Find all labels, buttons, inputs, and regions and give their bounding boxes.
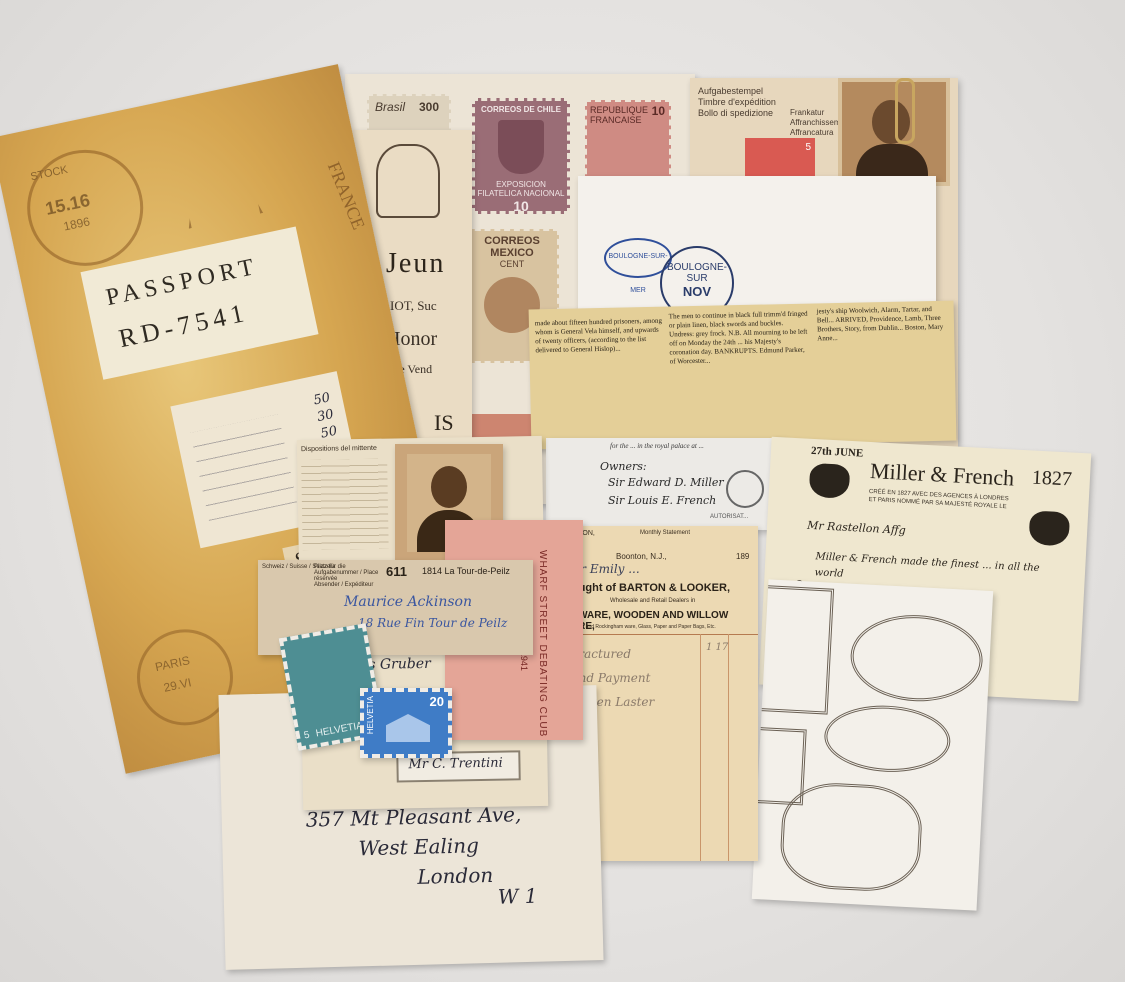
stamp-country: CORREOS DE CHILE [475,105,567,114]
form-header-left: Aufgabestempel Timbre d'expédition Bollo… [698,86,776,119]
handwriting-lines [190,414,297,521]
portrait-head [431,466,467,508]
building-icon [386,714,430,742]
stamp-value: 5 [805,142,811,153]
invoice-amount: 1 17 [706,642,728,653]
date-day: 27th [811,445,832,458]
stamp-subtitle: EXPOSICION FILATELICA NACIONAL [475,180,567,198]
label-sender: Absender / Expéditeur [314,582,373,588]
stamp-country: CORREOS MEXICO [467,235,557,259]
column-rule [728,634,729,861]
sender-name: Maurice Ackinson [344,594,472,610]
stamp-francaise: REPUBLIQUE FRANCAISE 10 [585,100,671,184]
stamp-value: 10 [652,104,665,118]
owner-name: Sir Edward D. Miller [608,476,724,489]
invoice-sub: Wholesale and Retail Dealers in [610,598,695,604]
owners-footer: AUTORISAT... [710,514,748,520]
newsprint-strip: made about fifteen hundred prisoners, am… [529,301,957,450]
postmark-date: 29.VI [162,675,192,695]
stamp-country: HELVETIA [315,720,364,739]
receipt-title: Dispositions del mittente [301,445,377,453]
stamp-chile: CORREOS DE CHILE EXPOSICION FILATELICA N… [472,98,570,214]
coat-of-arms-icon [498,120,544,174]
eiffel-tower-icon [164,96,263,229]
stamp-value: 10 [475,198,567,214]
owners-header: for the ... in the royal palace at ... [610,442,704,450]
portrait-photo-man [838,78,950,186]
stamp-helvetia-red: 5 [745,138,815,178]
newsprint-column: The men to continue in black full trimm'… [669,310,810,367]
stamp-helvetia-blue: HELVETIA 20 [360,688,452,758]
stamp-value: 5 [303,730,310,742]
stamp-country: HELVETIA [366,696,375,734]
card-title: Miller & French [869,458,1014,492]
receipt-fine-print [301,459,389,550]
stamp-subtitle: CENT [467,259,557,269]
postmark-date: NOV [662,284,732,299]
postmark-text: STOCK [29,164,68,184]
stamp-country: Brasil [375,100,405,114]
ornament-oval-icon [823,703,952,776]
jeune-line: IOT, Suc [390,298,437,314]
label-placement: Platz für die Aufgabenummer / Place rése… [314,564,384,582]
invoice-goods-sub: Yellow and Rockingham ware, Glass, Paper… [570,624,716,630]
sender-address: 18 Rue Fin Tour de Peilz [358,616,507,630]
monogram-icon [376,144,440,218]
label-locality: 1814 La Tour-de-Peilz [422,566,510,576]
seal-icon [726,470,764,508]
wharf-club-name: WHARF STREET DEBATING CLUB [537,550,548,737]
label-number: 611 [386,564,407,579]
invoice-year: 189 [736,552,749,561]
date-month: JUNE [834,446,863,459]
jeune-heading: Jeun [386,248,445,280]
card-subtitle: CRÉÉ EN 1827 AVEC DES AGENCES À LONDRES … [868,488,1029,512]
postmark-text: BOULOGNE-SUR-MER [608,253,667,294]
crest-icon [1028,510,1070,546]
ornament-oval-icon [848,612,984,705]
postmark-year: 1896 [62,214,91,233]
owners-label: Owners: [600,460,647,473]
ornamental-frames-sheet [752,579,993,910]
stamp-value: 300 [419,100,439,114]
invoice-bought-of: Bought of BARTON & LOOKER, [564,582,730,594]
column-rule [700,634,701,861]
form-line: Bollo di spedizione [698,108,776,119]
crest-icon [809,463,851,499]
form-line: Aufgabestempel [698,86,776,97]
jeune-footer: IS [434,410,454,436]
postmark-circle: 15.16 1896 STOCK [16,139,154,277]
ornament-frame-icon [778,780,923,893]
stamp-value: 20 [430,694,444,709]
card-script: Mr Rastellon Affg [807,519,906,537]
owners-card: for the ... in the royal palace at ... O… [546,438,786,530]
newsprint-column: jesty's ship Woolwich, Alarm, Tartar, an… [817,305,950,344]
newsprint-column: made about fifteen hundred prisoners, am… [535,317,664,356]
form-line: Timbre d'expédition [698,97,776,108]
paperclip-icon [895,78,915,144]
invoice-city: Boonton, N.J., [616,552,667,561]
owner-name: Sir Louis E. French [608,494,716,507]
postmark-text: BOULOGNE-SUR [662,262,732,284]
invoice-header: Monthly Statement [640,530,690,536]
postmark-city: PARIS [154,653,191,674]
photo-background: Brasil 300 CORREOS DE CHILE EXPOSICION F… [0,0,1125,982]
card-year: 1827 [1031,466,1072,491]
card-date: 27th JUNE [811,445,864,460]
